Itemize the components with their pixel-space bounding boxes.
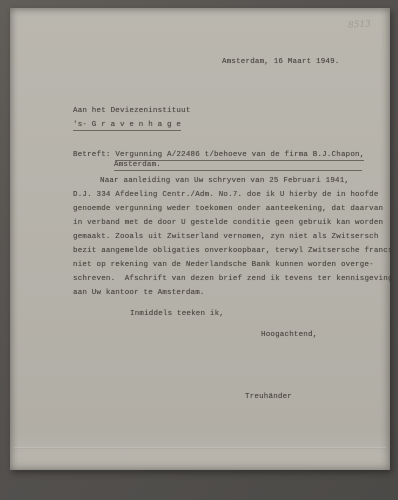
letter-page: 8513 Amsterdam, 16 Maart 1949. Aan het D… [10, 8, 390, 470]
salutation: Hoogachtend, [261, 330, 317, 340]
body-line: niet op rekening van de Nederlandsche Ba… [73, 260, 385, 270]
paper-crease [14, 447, 386, 449]
body-line: genoemde vergunning weder toekomen onder… [73, 204, 385, 214]
subject-city: Amsterdam. [114, 161, 362, 171]
subject-text: Vergunning A/22486 t/behoeve van de firm… [115, 151, 364, 161]
body-line: bezit aangemelde obligaties onverkoopbaa… [73, 246, 385, 256]
recipient-name: Aan het Deviezeninstituut [73, 106, 191, 116]
body-line: schreven. Afschrift van dezen brief zend… [73, 274, 385, 284]
body-line: gemaakt. Zooals uit Zwitserland vernomen… [73, 232, 385, 242]
subject-label: Betreft: [73, 151, 115, 159]
date-line: Amsterdam, 16 Maart 1949. [222, 57, 340, 67]
signature: Treuhänder [245, 392, 292, 402]
subject-line: Betreft: Vergunning A/22486 t/behoeve va… [73, 150, 364, 160]
closing-line: Inmiddels teeken ik, [130, 309, 224, 319]
body-line: D.J. 334 Afdeeling Centr./Adm. No.7. doe… [73, 190, 385, 200]
body-line: aan Uw kantoor te Amsterdam. [73, 288, 385, 298]
recipient-city: 's- G r a v e n h a g e [73, 121, 181, 131]
body-line: in verband met de door U gestelde condit… [73, 218, 385, 228]
pencil-annotation: 8513 [348, 19, 372, 31]
body-line: Naar aanleiding van Uw schryven van 25 F… [73, 176, 385, 186]
